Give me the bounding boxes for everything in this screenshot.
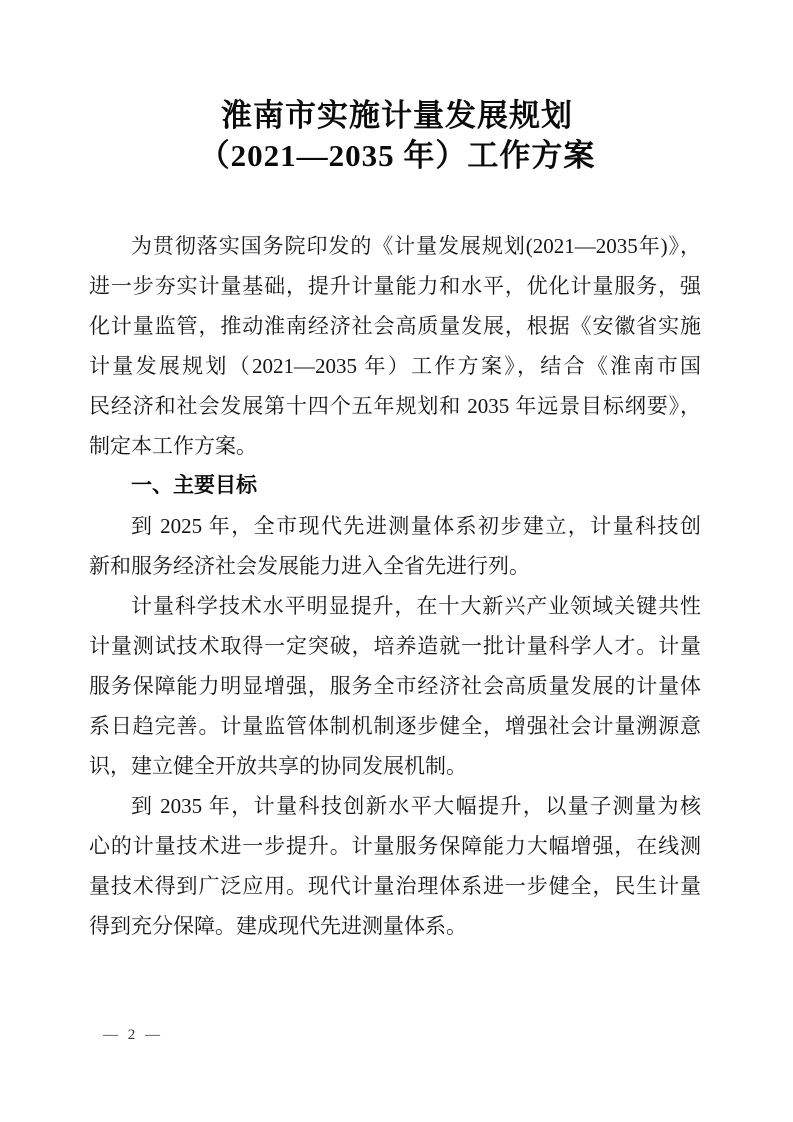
body-line: 系日趋完善。计量监管体制机制逐步健全，增强社会计量溯源意 — [89, 706, 701, 746]
body-line: 到 2035 年，计量科技创新水平大幅提升，以量子测量为核 — [89, 786, 701, 826]
page-number: — 2 — — [103, 1027, 163, 1044]
document-title: 淮南市实施计量发展规划 （2021—2035 年）工作方案 — [89, 96, 705, 176]
body-line: 计量测试技术取得一定突破，培养造就一批计量科学人才。计量 — [89, 626, 701, 666]
body-line: 计量发展规划（2021—2035 年）工作方案》，结合《淮南市国 — [89, 346, 701, 386]
body-line: 新和服务经济社会发展能力进入全省先进行列。 — [89, 546, 701, 586]
body-line: 得到充分保障。建成现代先进测量体系。 — [89, 906, 701, 946]
title-line-2: （2021—2035 年）工作方案 — [89, 136, 705, 176]
section-heading: 一、主要目标 — [89, 466, 701, 506]
title-line-1: 淮南市实施计量发展规划 — [89, 96, 705, 136]
body-line: 制定本工作方案。 — [89, 426, 701, 466]
body-line: 进一步夯实计量基础，提升计量能力和水平，优化计量服务，强 — [89, 266, 701, 306]
body-line: 服务保障能力明显增强，服务全市经济社会高质量发展的计量体 — [89, 666, 701, 706]
body-line: 量技术得到广泛应用。现代计量治理体系进一步健全，民生计量 — [89, 866, 701, 906]
body-line: 到 2025 年，全市现代先进测量体系初步建立，计量科技创 — [89, 506, 701, 546]
body-line: 心的计量技术进一步提升。计量服务保障能力大幅增强，在线测 — [89, 826, 701, 866]
body-line: 化计量监管，推动淮南经济社会高质量发展，根据《安徽省实施 — [89, 306, 701, 346]
body-line: 民经济和社会发展第十四个五年规划和 2035 年远景目标纲要》， — [89, 386, 701, 426]
body-line: 为贯彻落实国务院印发的《计量发展规划(2021—2035年)》， — [89, 226, 701, 266]
document-body: 为贯彻落实国务院印发的《计量发展规划(2021—2035年)》， 进一步夯实计量… — [89, 226, 701, 946]
document-page: 淮南市实施计量发展规划 （2021—2035 年）工作方案 为贯彻落实国务院印发… — [0, 0, 793, 1122]
body-line: 识，建立健全开放共享的协同发展机制。 — [89, 746, 701, 786]
body-line: 计量科学技术水平明显提升，在十大新兴产业领域关键共性 — [89, 586, 701, 626]
